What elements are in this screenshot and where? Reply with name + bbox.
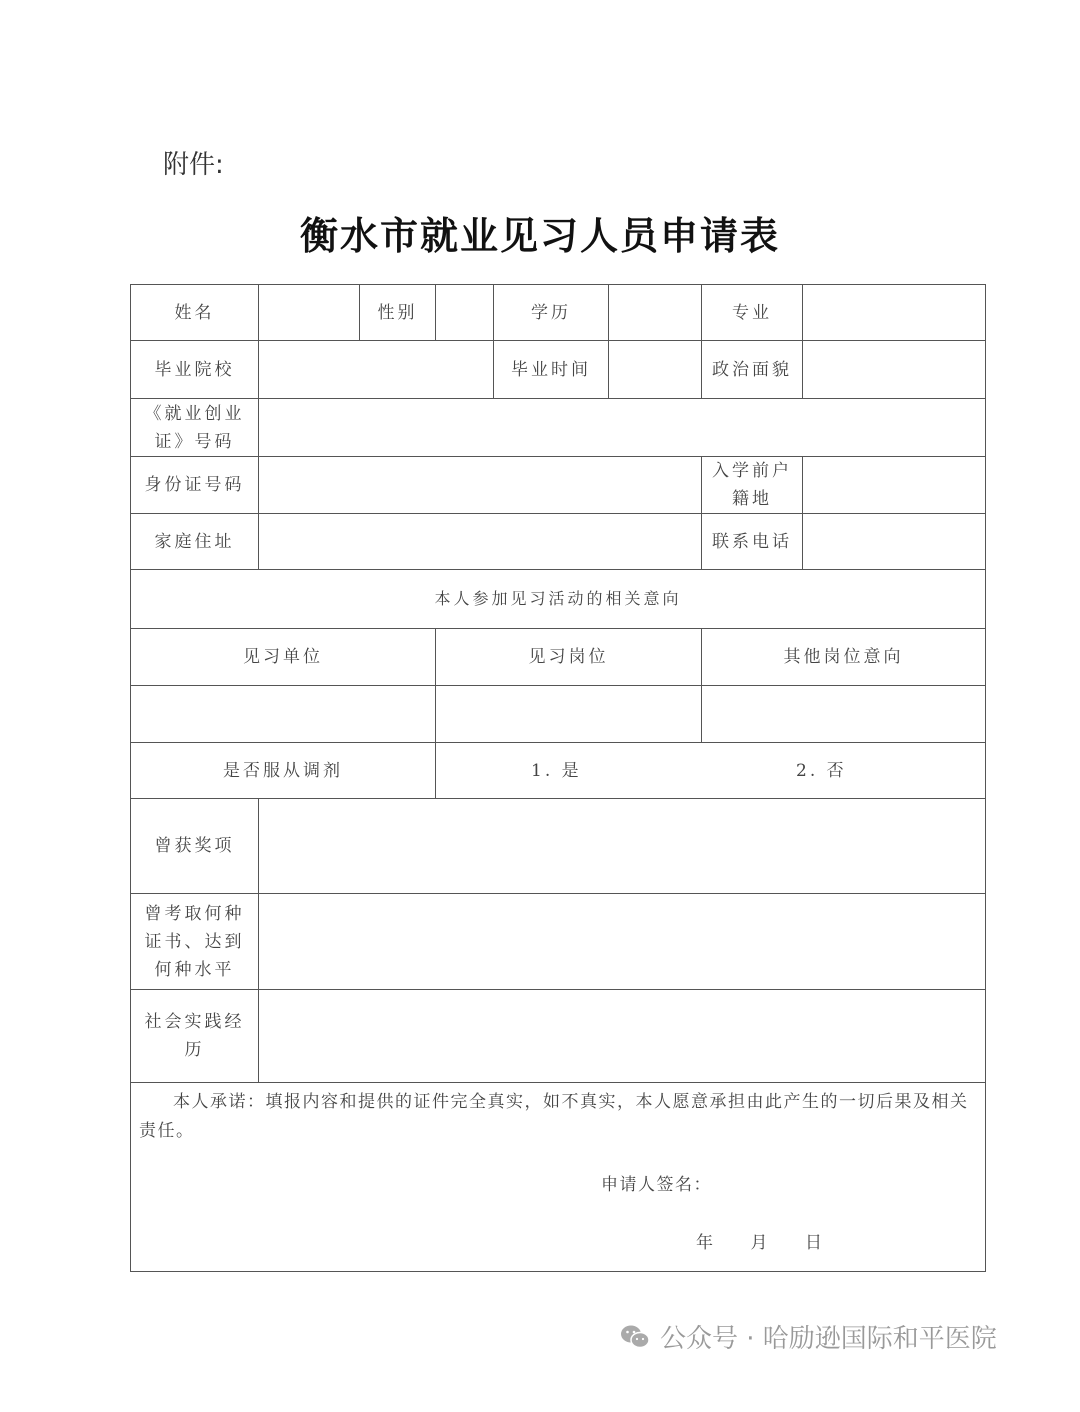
field-major[interactable] — [802, 284, 986, 341]
date-month: 月 — [751, 1229, 770, 1258]
label-awards: 曾获奖项 — [130, 798, 259, 894]
footer-watermark: 公众号 · 哈励逊国际和平医院 — [620, 1318, 997, 1355]
label-phone: 联系电话 — [701, 513, 803, 570]
label-certificates: 曾考取何种证书、达到何种水平 — [130, 893, 259, 990]
pledge-section: 本人承诺：填报内容和提供的证件完全真实，如不真实，本人愿意承担由此产生的一切后果… — [130, 1082, 986, 1272]
field-grad-time[interactable] — [608, 340, 702, 399]
field-id-number[interactable] — [258, 456, 702, 514]
adjust-option-no[interactable]: 2. 否 — [796, 757, 847, 785]
header-intern-position: 见习岗位 — [435, 628, 702, 686]
adjust-option-yes[interactable]: 1. 是 — [531, 757, 582, 785]
label-political: 政治面貌 — [701, 340, 803, 399]
field-intern-unit[interactable] — [130, 685, 436, 743]
field-awards[interactable] — [258, 798, 986, 894]
field-gender[interactable] — [435, 284, 494, 341]
field-name[interactable] — [258, 284, 360, 341]
field-address[interactable] — [258, 513, 702, 570]
field-school[interactable] — [258, 340, 494, 399]
label-id-number: 身份证号码 — [130, 456, 259, 514]
label-major: 专业 — [701, 284, 803, 341]
label-social-practice: 社会实践经历 — [130, 989, 259, 1083]
section-header-intent: 本人参加见习活动的相关意向 — [130, 569, 986, 629]
label-school: 毕业院校 — [130, 340, 259, 399]
label-household: 入学前户籍地 — [701, 456, 803, 514]
label-address: 家庭住址 — [130, 513, 259, 570]
field-phone[interactable] — [802, 513, 986, 570]
label-cert-number: 《就业创业证》号码 — [130, 398, 259, 457]
header-other-position: 其他岗位意向 — [701, 628, 986, 686]
field-household[interactable] — [802, 456, 986, 514]
date-line: 年月日 — [696, 1229, 860, 1258]
field-cert-number[interactable] — [258, 398, 986, 457]
signature-label: 申请人签名： — [601, 1171, 712, 1200]
page-title: 衡水市就业见习人员申请表 — [0, 205, 1080, 260]
field-other-position[interactable] — [701, 685, 986, 743]
date-day: 日 — [805, 1229, 824, 1258]
label-name: 姓名 — [130, 284, 259, 341]
label-gender: 性别 — [359, 284, 436, 341]
label-education: 学历 — [493, 284, 609, 341]
field-political[interactable] — [802, 340, 986, 399]
field-certificates[interactable] — [258, 893, 986, 990]
field-education[interactable] — [608, 284, 702, 341]
adjust-options: 1. 是 2. 否 — [435, 742, 986, 799]
pledge-text: 本人承诺：填报内容和提供的证件完全真实，如不真实，本人愿意承担由此产生的一切后果… — [139, 1088, 977, 1146]
date-year: 年 — [696, 1229, 715, 1258]
footer-text: 公众号 · 哈励逊国际和平医院 — [660, 1318, 997, 1355]
attachment-label: 附件: — [163, 144, 224, 181]
label-adjust: 是否服从调剂 — [130, 742, 436, 799]
wechat-icon — [620, 1324, 650, 1350]
field-social-practice[interactable] — [258, 989, 986, 1083]
header-intern-unit: 见习单位 — [130, 628, 436, 686]
label-grad-time: 毕业时间 — [493, 340, 609, 399]
field-intern-position[interactable] — [435, 685, 702, 743]
